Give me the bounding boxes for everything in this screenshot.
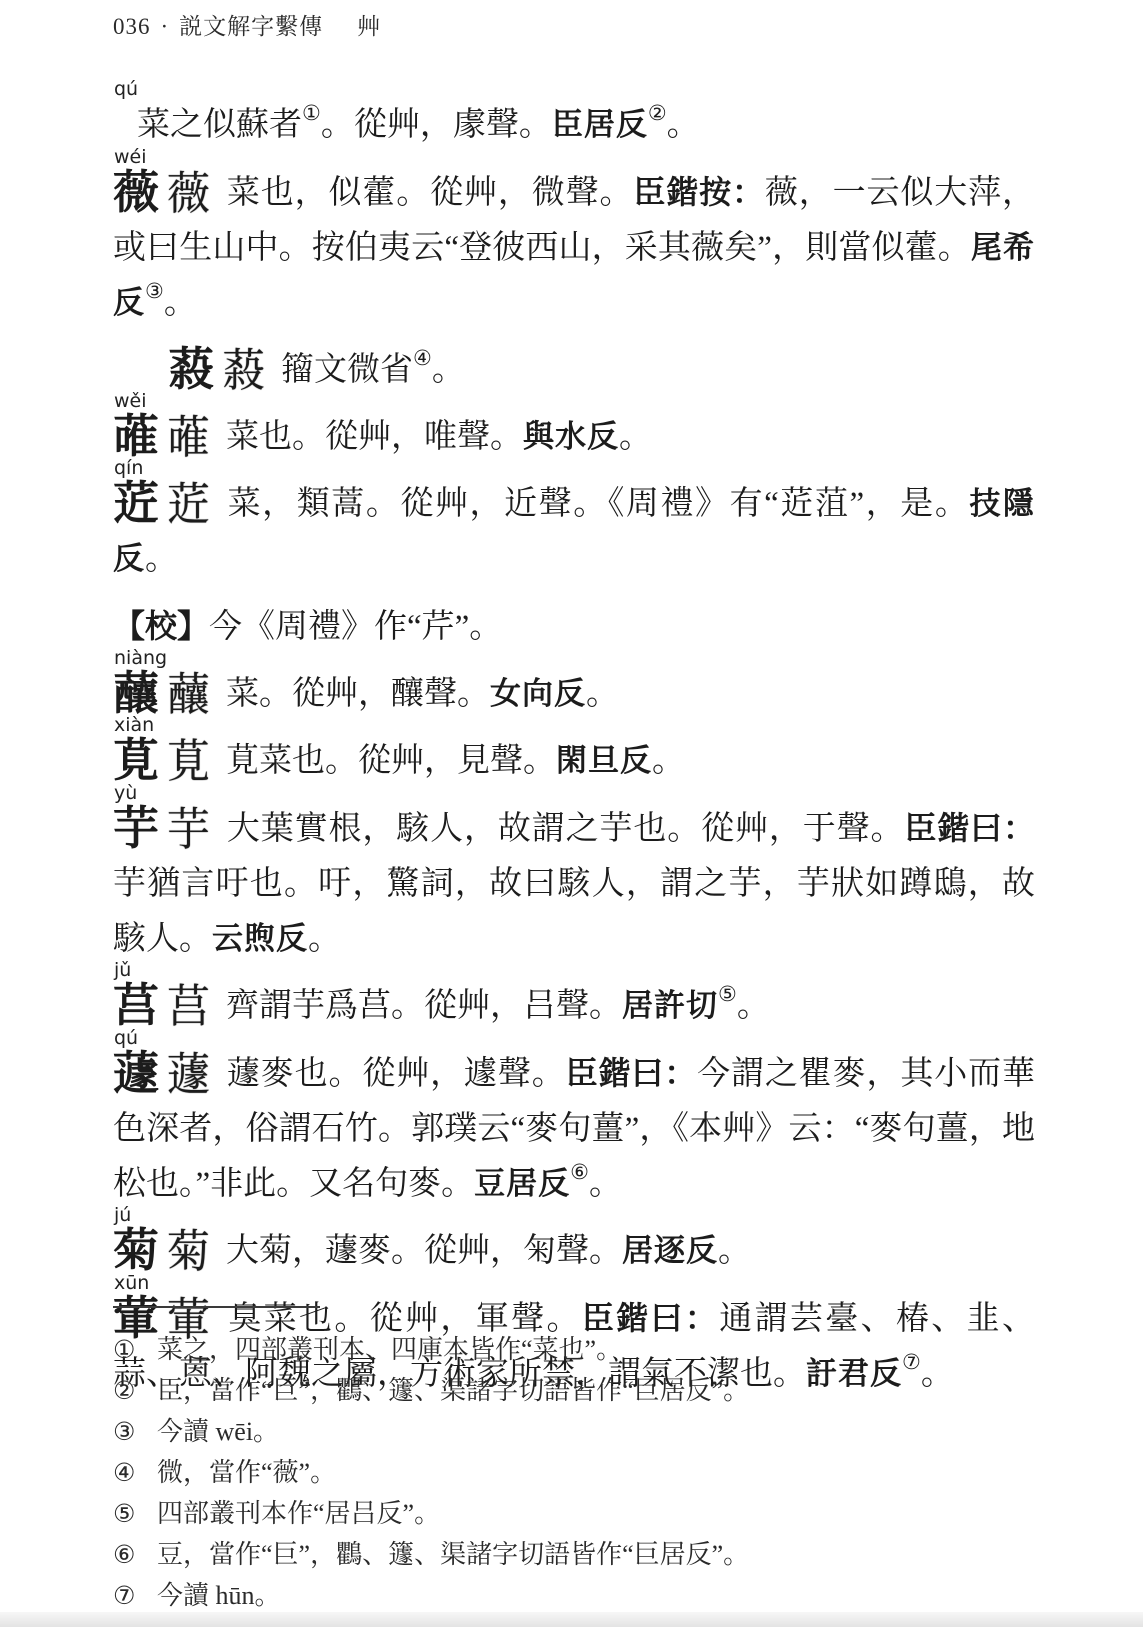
- collation-text: 今《周禮》作“芹”。: [209, 609, 502, 645]
- footnote-item: ⑤ 四部叢刊本作“居吕反”。: [113, 1494, 1035, 1534]
- footnote-marker: ②: [648, 101, 667, 125]
- definition-text: 。: [432, 352, 465, 388]
- page-number: 036: [113, 14, 151, 39]
- footnote-item: ② 臣，當作“巨”，鸜、籧、渠諸字切語皆作“巨居反”。: [113, 1371, 1035, 1411]
- definition-text: 。: [667, 107, 700, 143]
- entry: wěi蓶蓶菜也。從艸，唯聲。與水反。: [113, 410, 1035, 465]
- pinyin-annotation: xiàn: [114, 716, 154, 735]
- headword: 䖆: [113, 671, 159, 717]
- entry: qín菦菦菜，類蒿。從艸，近聲。《周禮》有“菦菹”，是。技隱反。: [113, 477, 1035, 587]
- definition-text: 菜之似蘇者: [137, 107, 302, 143]
- definition-text: 菜。從艸，釀聲。: [226, 676, 490, 712]
- footnote-number: ③: [113, 1412, 157, 1452]
- footnote-marker: ①: [302, 101, 321, 125]
- footnote-text: 今讀 wēi。: [157, 1412, 1035, 1452]
- entry: wéi薇薇菜也，似藿。從艸，微聲。臣鍇按：薇，一云似大萍，或曰生山中。按伯夷云“…: [113, 165, 1035, 331]
- radical-section-label: 艸: [357, 14, 381, 39]
- definition-text: 。: [718, 1233, 751, 1269]
- footnote-number: ⑤: [113, 1494, 157, 1534]
- footnote-marker: ⑤: [718, 982, 737, 1006]
- definition-text: 。: [619, 419, 652, 455]
- footnote-number: ①: [113, 1330, 157, 1370]
- header-separator-dot: ·: [161, 14, 170, 39]
- pinyin-annotation: qín: [114, 459, 143, 478]
- footnote-text: 豆，當作“巨”，鸜、籧、渠諸字切語皆作“巨居反”。: [157, 1535, 1035, 1575]
- definition-text: 。從艸，豦聲。: [321, 107, 552, 143]
- fanqie-pronunciation: 臣居反: [552, 107, 648, 143]
- pinyin-annotation: wěi: [114, 392, 147, 411]
- definition-text: 。: [164, 285, 197, 321]
- headword: 莒: [113, 983, 159, 1029]
- headword: 芋: [113, 806, 159, 852]
- definition-text: 。: [652, 743, 685, 779]
- entry: qú蘧蘧蘧麥也。從艸，遽聲。臣鍇曰：今謂之瞿麥，其小而華色深者，俗謂石竹。郭璞云…: [113, 1046, 1035, 1212]
- page-header: 036·説文解字繫傳艸: [113, 8, 381, 41]
- footnote-item: ⑦ 今讀 hūn。: [113, 1576, 1035, 1616]
- footnote-text: 今讀 hūn。: [157, 1576, 1035, 1616]
- headword-group: yù芋: [113, 802, 159, 857]
- definition-text: 籀文微省: [281, 352, 413, 388]
- entry: jǔ莒莒齊謂芋爲莒。從艸，吕聲。居許切⑤。: [113, 979, 1035, 1034]
- seal-script-glyph: 莧: [167, 740, 210, 786]
- headword-group: wéi薇: [113, 166, 159, 221]
- headword: 菊: [113, 1228, 159, 1274]
- commentary-label: 臣鍇按：: [633, 174, 765, 210]
- footnote-marker: ③: [145, 279, 164, 303]
- seal-script-glyph: 菦: [167, 483, 210, 529]
- seal-script-glyph: 芋: [167, 808, 210, 854]
- footnote-item: ① 菜之，四部叢刊本、四庫本皆作“菜也”。: [113, 1330, 1035, 1370]
- pinyin-annotation: jú: [114, 1206, 131, 1225]
- seal-script-glyph: 薇: [167, 172, 210, 218]
- entry-variant-form: 蔱蔱籀文微省④。: [113, 343, 1035, 398]
- collation-label: 【校】: [113, 608, 209, 644]
- definition-text: 大葉實根，駭人，故謂之芋也。從艸，于聲。: [226, 811, 904, 847]
- definition-text: 。: [586, 676, 619, 712]
- definition-text: 菜也，似藿。從艸，微聲。: [226, 175, 633, 211]
- book-title: 説文解字繫傳: [179, 14, 323, 39]
- headword-group: jǔ莒: [113, 979, 159, 1034]
- fanqie-pronunciation: 閑旦反: [556, 743, 652, 779]
- fanqie-pronunciation: 女向反: [490, 676, 586, 712]
- entry: niàng䖆䖆菜。從艸，釀聲。女向反。: [113, 667, 1035, 722]
- definition-text: 。: [589, 1166, 622, 1202]
- book-page: 036·説文解字繫傳艸 qú𦼫𦼫菜之似蘇者①。從艸，豦聲。臣居反②。 wéi薇薇…: [0, 0, 1143, 1627]
- pinyin-annotation: jǔ: [114, 961, 131, 980]
- footnote-text: 菜之，四部叢刊本、四庫本皆作“菜也”。: [157, 1330, 1035, 1370]
- collation-note: 【校】今《周禮》作“芹”。: [113, 599, 1035, 655]
- footnote-text: 臣，當作“巨”，鸜、籧、渠諸字切語皆作“巨居反”。: [157, 1371, 1035, 1411]
- pinyin-annotation: wéi: [114, 148, 147, 167]
- entry: jú菊菊大菊，蘧麥。從艸，匊聲。居逐反。: [113, 1224, 1035, 1279]
- headword: 莧: [113, 738, 159, 784]
- headword: 蔱: [168, 347, 214, 393]
- definition-text: 。: [308, 921, 341, 957]
- footnote-marker: ⑥: [570, 1160, 589, 1184]
- definition-text: 菜，類蒿。從艸，近聲。《周禮》有“菦菹”，是。: [226, 486, 969, 522]
- definition-text: 。: [145, 541, 178, 577]
- seal-script-glyph: 蔱: [222, 349, 265, 395]
- footnote-text: 四部叢刊本作“居吕反”。: [157, 1494, 1035, 1534]
- definition-text: 大菊，蘧麥。從艸，匊聲。: [226, 1233, 622, 1269]
- headword: 菦: [113, 481, 159, 527]
- fanqie-pronunciation: 云煦反: [212, 921, 308, 957]
- fanqie-pronunciation: 居許切: [622, 988, 718, 1024]
- entry: qú𦼫𦼫菜之似蘇者①。從艸，豦聲。臣居反②。: [113, 98, 1035, 153]
- pinyin-annotation: xūn: [114, 1274, 149, 1293]
- footnote-number: ⑦: [113, 1576, 157, 1616]
- footnote-number: ④: [113, 1453, 157, 1493]
- pinyin-annotation: qú: [114, 1029, 138, 1048]
- footnote-number: ②: [113, 1371, 157, 1411]
- headword-group: xiàn莧: [113, 734, 159, 789]
- footnote-section: ① 菜之，四部叢刊本、四庫本皆作“菜也”。 ② 臣，當作“巨”，鸜、籧、渠諸字切…: [113, 1306, 1035, 1616]
- headword: 薇: [113, 170, 159, 216]
- definition-text: 莧菜也。從艸，見聲。: [226, 743, 556, 779]
- seal-script-glyph: 莒: [167, 985, 210, 1031]
- footnote-number: ⑥: [113, 1535, 157, 1575]
- seal-script-glyph: 蓶: [167, 416, 210, 462]
- fanqie-pronunciation: 居逐反: [622, 1233, 718, 1269]
- pinyin-annotation: yù: [114, 784, 137, 803]
- headword-group: qín菦: [113, 477, 159, 532]
- headword-group: jú菊: [113, 1224, 159, 1279]
- commentary-label: 臣鍇曰：: [904, 810, 1035, 846]
- footnote-divider: [113, 1306, 320, 1308]
- definition-text: 齊謂芋爲莒。從艸，吕聲。: [226, 988, 622, 1024]
- footnote-item: ④ 微，當作“薇”。: [113, 1453, 1035, 1493]
- footnote-marker: ④: [413, 346, 432, 370]
- headword-group: qú蘧: [113, 1047, 159, 1102]
- footnote-text: 微，當作“薇”。: [157, 1453, 1035, 1493]
- headword: 蓶: [113, 414, 159, 460]
- definition-text: 。: [737, 988, 770, 1024]
- definition-text: 蘧麥也。從艸，遽聲。: [226, 1056, 566, 1092]
- headword-group: 蔱: [168, 343, 214, 398]
- headword: 蘧: [113, 1051, 159, 1097]
- seal-script-glyph: 䖆: [167, 673, 210, 719]
- pinyin-annotation: niàng: [114, 649, 167, 668]
- fanqie-pronunciation: 豆居反: [474, 1166, 570, 1202]
- fanqie-pronunciation: 與水反: [523, 419, 619, 455]
- seal-script-glyph: 蘧: [167, 1053, 210, 1099]
- footnote-item: ⑥ 豆，當作“巨”，鸜、籧、渠諸字切語皆作“巨居反”。: [113, 1535, 1035, 1575]
- dictionary-body: qú𦼫𦼫菜之似蘇者①。從艸，豦聲。臣居反②。 wéi薇薇菜也，似藿。從艸，微聲。…: [113, 72, 1035, 1402]
- page-bottom-edge: [0, 1612, 1143, 1627]
- entry: yù芋芋大葉實根，駭人，故謂之芋也。從艸，于聲。臣鍇曰：芋猶言吁也。吁，驚詞，故…: [113, 801, 1035, 967]
- entry: xiàn莧莧莧菜也。從艸，見聲。閑旦反。: [113, 734, 1035, 789]
- footnote-item: ③ 今讀 wēi。: [113, 1412, 1035, 1452]
- commentary-label: 臣鍇曰：: [566, 1055, 698, 1091]
- definition-text: 菜也。從艸，唯聲。: [226, 419, 523, 455]
- pinyin-annotation: qú: [114, 80, 138, 99]
- seal-script-glyph: 菊: [167, 1230, 210, 1276]
